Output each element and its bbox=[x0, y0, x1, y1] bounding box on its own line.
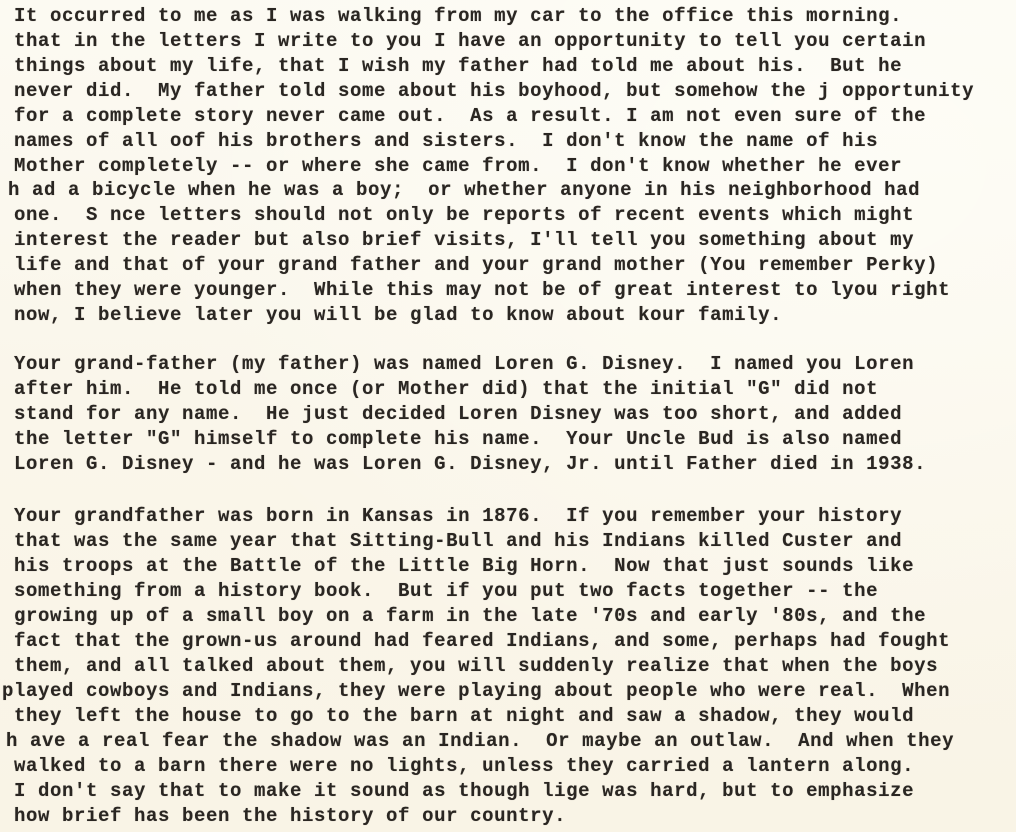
letter-line: Loren G. Disney - and he was Loren G. Di… bbox=[14, 452, 926, 477]
letter-line: one. S nce letters should not only be re… bbox=[14, 203, 914, 228]
scanned-letter-page: It occurred to me as I was walking from … bbox=[0, 0, 1016, 832]
letter-line: Your grand-father (my father) was named … bbox=[14, 352, 914, 377]
letter-line: interest the reader but also brief visit… bbox=[14, 228, 914, 253]
letter-line: h ave a real fear the shadow was an Indi… bbox=[6, 729, 954, 754]
letter-line: Mother completely -- or where she came f… bbox=[14, 154, 902, 179]
letter-line: stand for any name. He just decided Lore… bbox=[14, 402, 902, 427]
letter-line: names of all oof his brothers and sister… bbox=[14, 129, 878, 154]
letter-line: never did. My father told some about his… bbox=[14, 79, 974, 104]
letter-line: I don't say that to make it sound as tho… bbox=[14, 779, 914, 804]
letter-line: them, and all talked about them, you wil… bbox=[14, 654, 938, 679]
letter-line: they left the house to go to the barn at… bbox=[14, 704, 914, 729]
letter-line: how brief has been the history of our co… bbox=[14, 804, 566, 829]
letter-line: that was the same year that Sitting-Bull… bbox=[14, 529, 902, 554]
letter-line: for a complete story never came out. As … bbox=[14, 104, 926, 129]
letter-line: his troops at the Battle of the Little B… bbox=[14, 554, 914, 579]
letter-line: after him. He told me once (or Mother di… bbox=[14, 377, 878, 402]
letter-line: something from a history book. But if yo… bbox=[14, 579, 878, 604]
letter-line: things about my life, that I wish my fat… bbox=[14, 54, 902, 79]
letter-line: fact that the grown-us around had feared… bbox=[14, 629, 950, 654]
letter-line: life and that of your grand father and y… bbox=[14, 253, 938, 278]
letter-line: Your grandfather was born in Kansas in 1… bbox=[14, 504, 902, 529]
letter-line: when they were younger. While this may n… bbox=[14, 278, 950, 303]
letter-line: that in the letters I write to you I hav… bbox=[14, 29, 926, 54]
letter-line: played cowboys and Indians, they were pl… bbox=[2, 679, 950, 704]
letter-line: It occurred to me as I was walking from … bbox=[14, 4, 902, 29]
letter-line: now, I believe later you will be glad to… bbox=[14, 303, 782, 328]
letter-line: the letter "G" himself to complete his n… bbox=[14, 427, 902, 452]
letter-line: walked to a barn there were no lights, u… bbox=[14, 754, 914, 779]
letter-line: growing up of a small boy on a farm in t… bbox=[14, 604, 926, 629]
letter-line: h ad a bicycle when he was a boy; or whe… bbox=[8, 178, 920, 203]
